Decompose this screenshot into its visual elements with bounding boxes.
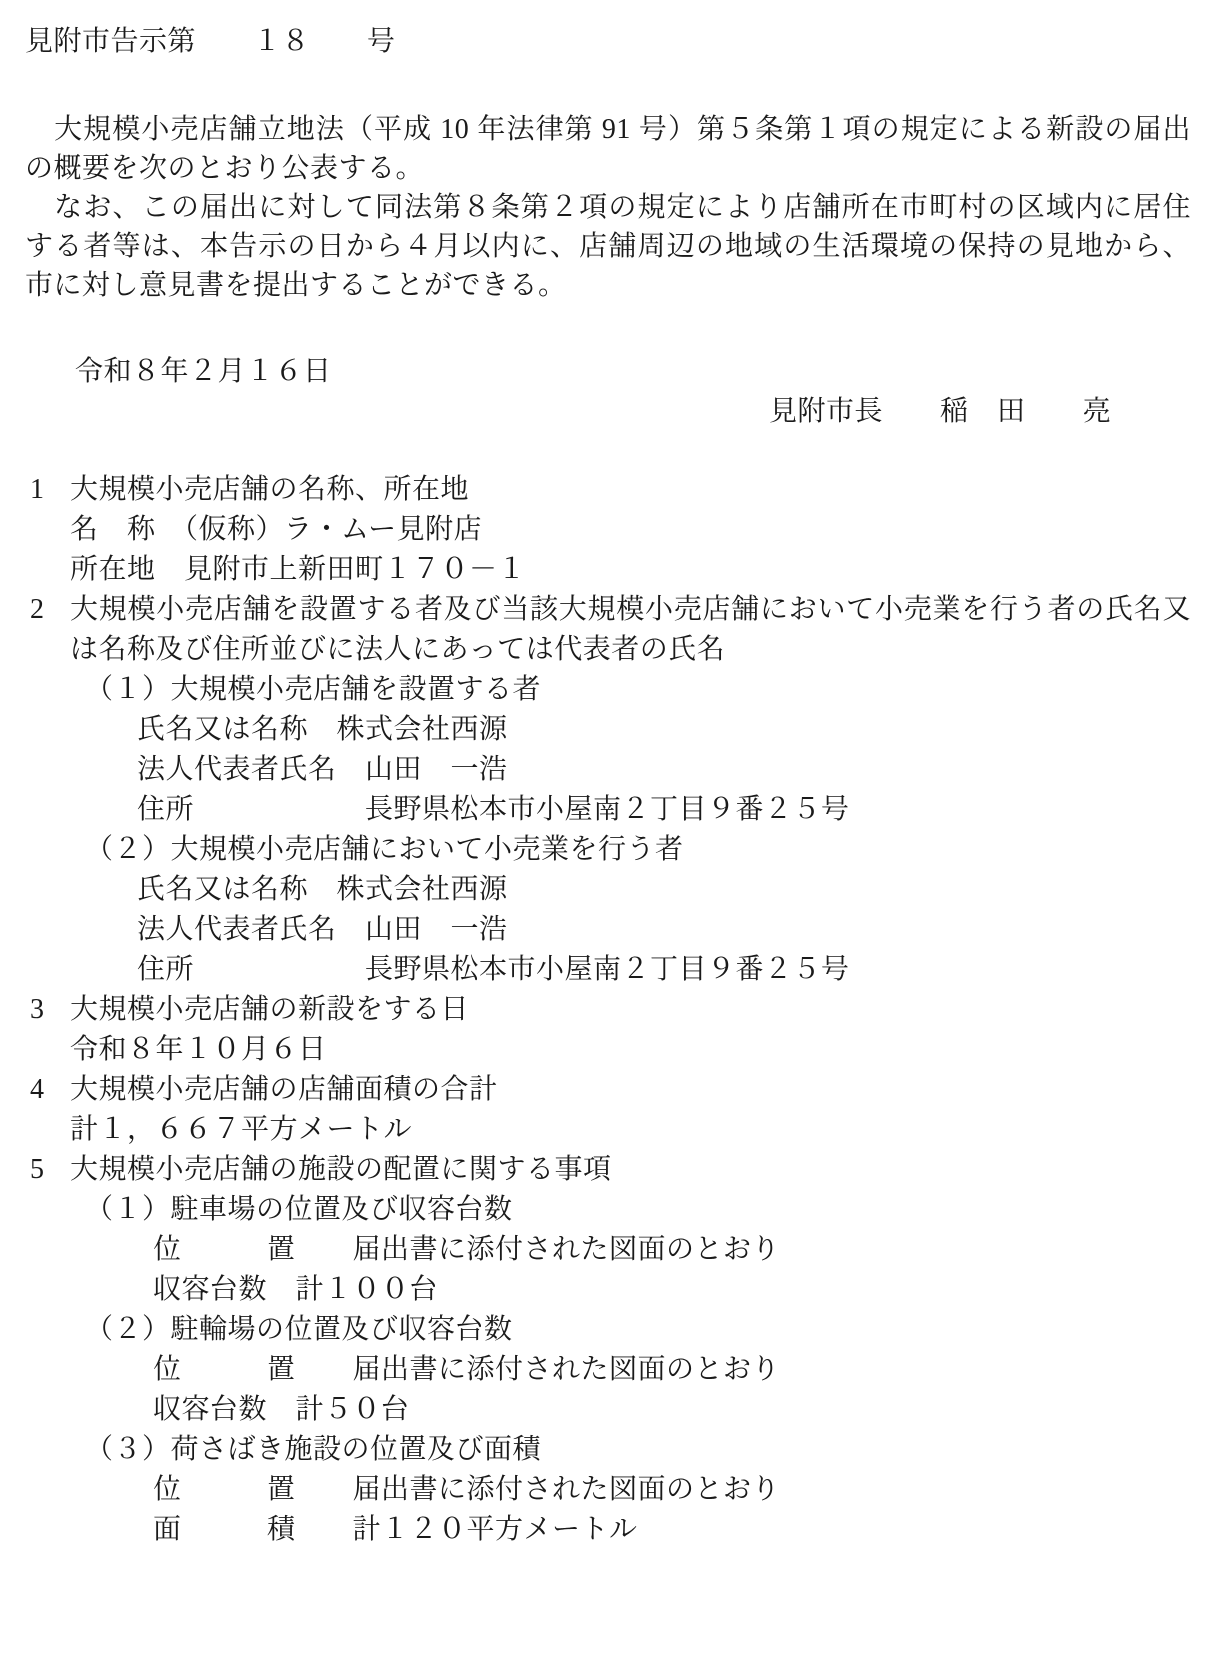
parking-location-line: 位 置 届出書に添付された図面のとおり xyxy=(25,1230,1191,1270)
preamble: 大規模小売店舗立地法（平成 10 年法律第 91 号）第５条第１項の規定による新… xyxy=(25,110,1191,305)
store-address-line: 所在地 見附市上新田町１７０－１ xyxy=(25,550,1191,590)
retailer-name-line: 氏名又は名称 株式会社西源 xyxy=(25,870,1191,910)
section-2: 2 大規模小売店舗を設置する者及び当該大規模小売店舗において小売業を行う者の氏名… xyxy=(25,590,1191,670)
store-name-line: 名 称 （仮称）ラ・ムー見附店 xyxy=(25,510,1191,550)
section-5: 5 大規模小売店舗の施設の配置に関する事項 xyxy=(25,1150,1191,1190)
section-3-title: 大規模小売店舗の新設をする日 xyxy=(70,990,1191,1030)
notice-number: 見附市告示第 １８ 号 xyxy=(25,22,1191,62)
section-1: 1 大規模小売店舗の名称、所在地 xyxy=(25,470,1191,510)
floor-area-line: 計１，６６７平方メートル xyxy=(25,1110,1191,1150)
section-2-title: 大規模小売店舗を設置する者及び当該大規模小売店舗において小売業を行う者の氏名又は… xyxy=(70,590,1191,670)
retailer-representative-line: 法人代表者氏名 山田 一浩 xyxy=(25,910,1191,950)
parking-capacity-line: 収容台数 計１００台 xyxy=(25,1270,1191,1310)
section-3-number: 3 xyxy=(25,990,70,1030)
section-1-title: 大規模小売店舗の名称、所在地 xyxy=(70,470,1191,510)
founder-name-line: 氏名又は名称 株式会社西源 xyxy=(25,710,1191,750)
preamble-paragraph-1: 大規模小売店舗立地法（平成 10 年法律第 91 号）第５条第１項の規定による新… xyxy=(25,110,1191,188)
loading-location-line: 位 置 届出書に添付された図面のとおり xyxy=(25,1470,1191,1510)
subsection-2-2-label: （２）大規模小売店舗において小売業を行う者 xyxy=(25,830,1191,870)
section-4-number: 4 xyxy=(25,1070,70,1110)
section-4-title: 大規模小売店舗の店舗面積の合計 xyxy=(70,1070,1191,1110)
preamble-paragraph-2: なお、この届出に対して同法第８条第２項の規定により店舗所在市町村の区域内に居住す… xyxy=(25,188,1191,305)
subsection-5-3-label: （３）荷さばき施設の位置及び面積 xyxy=(25,1430,1191,1470)
section-5-title: 大規模小売店舗の施設の配置に関する事項 xyxy=(70,1150,1191,1190)
section-2-number: 2 xyxy=(25,590,70,670)
subsection-5-1-label: （１）駐車場の位置及び収容台数 xyxy=(25,1190,1191,1230)
bicycle-capacity-line: 収容台数 計５０台 xyxy=(25,1390,1191,1430)
issued-date: 令和８年２月１６日 xyxy=(25,352,1191,392)
section-3: 3 大規模小売店舗の新設をする日 xyxy=(25,990,1191,1030)
founder-address-line: 住所 長野県松本市小屋南２丁目９番２５号 xyxy=(25,790,1191,830)
section-5-number: 5 xyxy=(25,1150,70,1190)
retailer-address-line: 住所 長野県松本市小屋南２丁目９番２５号 xyxy=(25,950,1191,990)
bicycle-location-line: 位 置 届出書に添付された図面のとおり xyxy=(25,1350,1191,1390)
subsection-5-2-label: （２）駐輪場の位置及び収容台数 xyxy=(25,1310,1191,1350)
loading-area-line: 面 積 計１２０平方メートル xyxy=(25,1510,1191,1550)
issuer-name: 見附市長 稲 田 亮 xyxy=(25,392,1191,432)
subsection-2-1-label: （１）大規模小売店舗を設置する者 xyxy=(25,670,1191,710)
notice-document: 見附市告示第 １８ 号 大規模小売店舗立地法（平成 10 年法律第 91 号）第… xyxy=(0,0,1216,1661)
section-4: 4 大規模小売店舗の店舗面積の合計 xyxy=(25,1070,1191,1110)
founder-representative-line: 法人代表者氏名 山田 一浩 xyxy=(25,750,1191,790)
sections: 1 大規模小売店舗の名称、所在地 名 称 （仮称）ラ・ムー見附店 所在地 見附市… xyxy=(25,470,1191,1550)
opening-date-line: 令和８年１０月６日 xyxy=(25,1030,1191,1070)
section-1-number: 1 xyxy=(25,470,70,510)
